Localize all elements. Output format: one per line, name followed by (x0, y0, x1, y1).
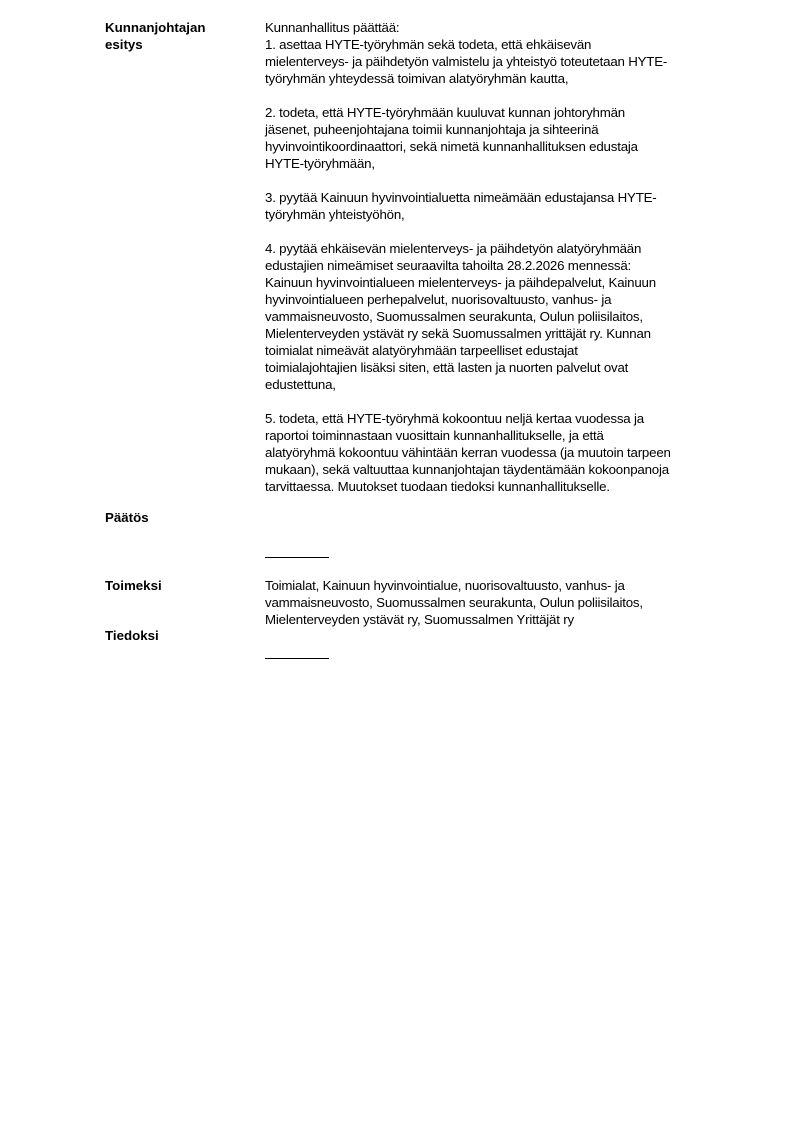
proposal-item-2: 2. todeta, että HYTE-työryhmään kuuluvat… (265, 104, 735, 172)
info-label: Tiedoksi (105, 627, 159, 644)
decision-separator (265, 557, 329, 558)
proposal-item-1: 1. asettaa HYTE-työryhmän sekä todeta, e… (265, 36, 735, 87)
proposal-content: Kunnanhallitus päättää: 1. asettaa HYTE-… (265, 19, 735, 495)
proposal-item-4: 4. pyytää ehkäisevän mielenterveys- ja p… (265, 240, 735, 393)
proposal-item-3: 3. pyytää Kainuun hyvinvointialuetta nim… (265, 189, 735, 223)
action-content: Toimialat, Kainuun hyvinvointialue, nuor… (265, 577, 735, 628)
decision-label: Päätös (105, 509, 149, 526)
action-label: Toimeksi (105, 577, 162, 594)
proposal-label: Kunnanjohtajan esitys (105, 19, 205, 53)
info-separator (265, 658, 329, 659)
proposal-item-5: 5. todeta, että HYTE-työryhmä kokoontuu … (265, 410, 735, 495)
proposal-intro: Kunnanhallitus päättää: (265, 19, 735, 36)
